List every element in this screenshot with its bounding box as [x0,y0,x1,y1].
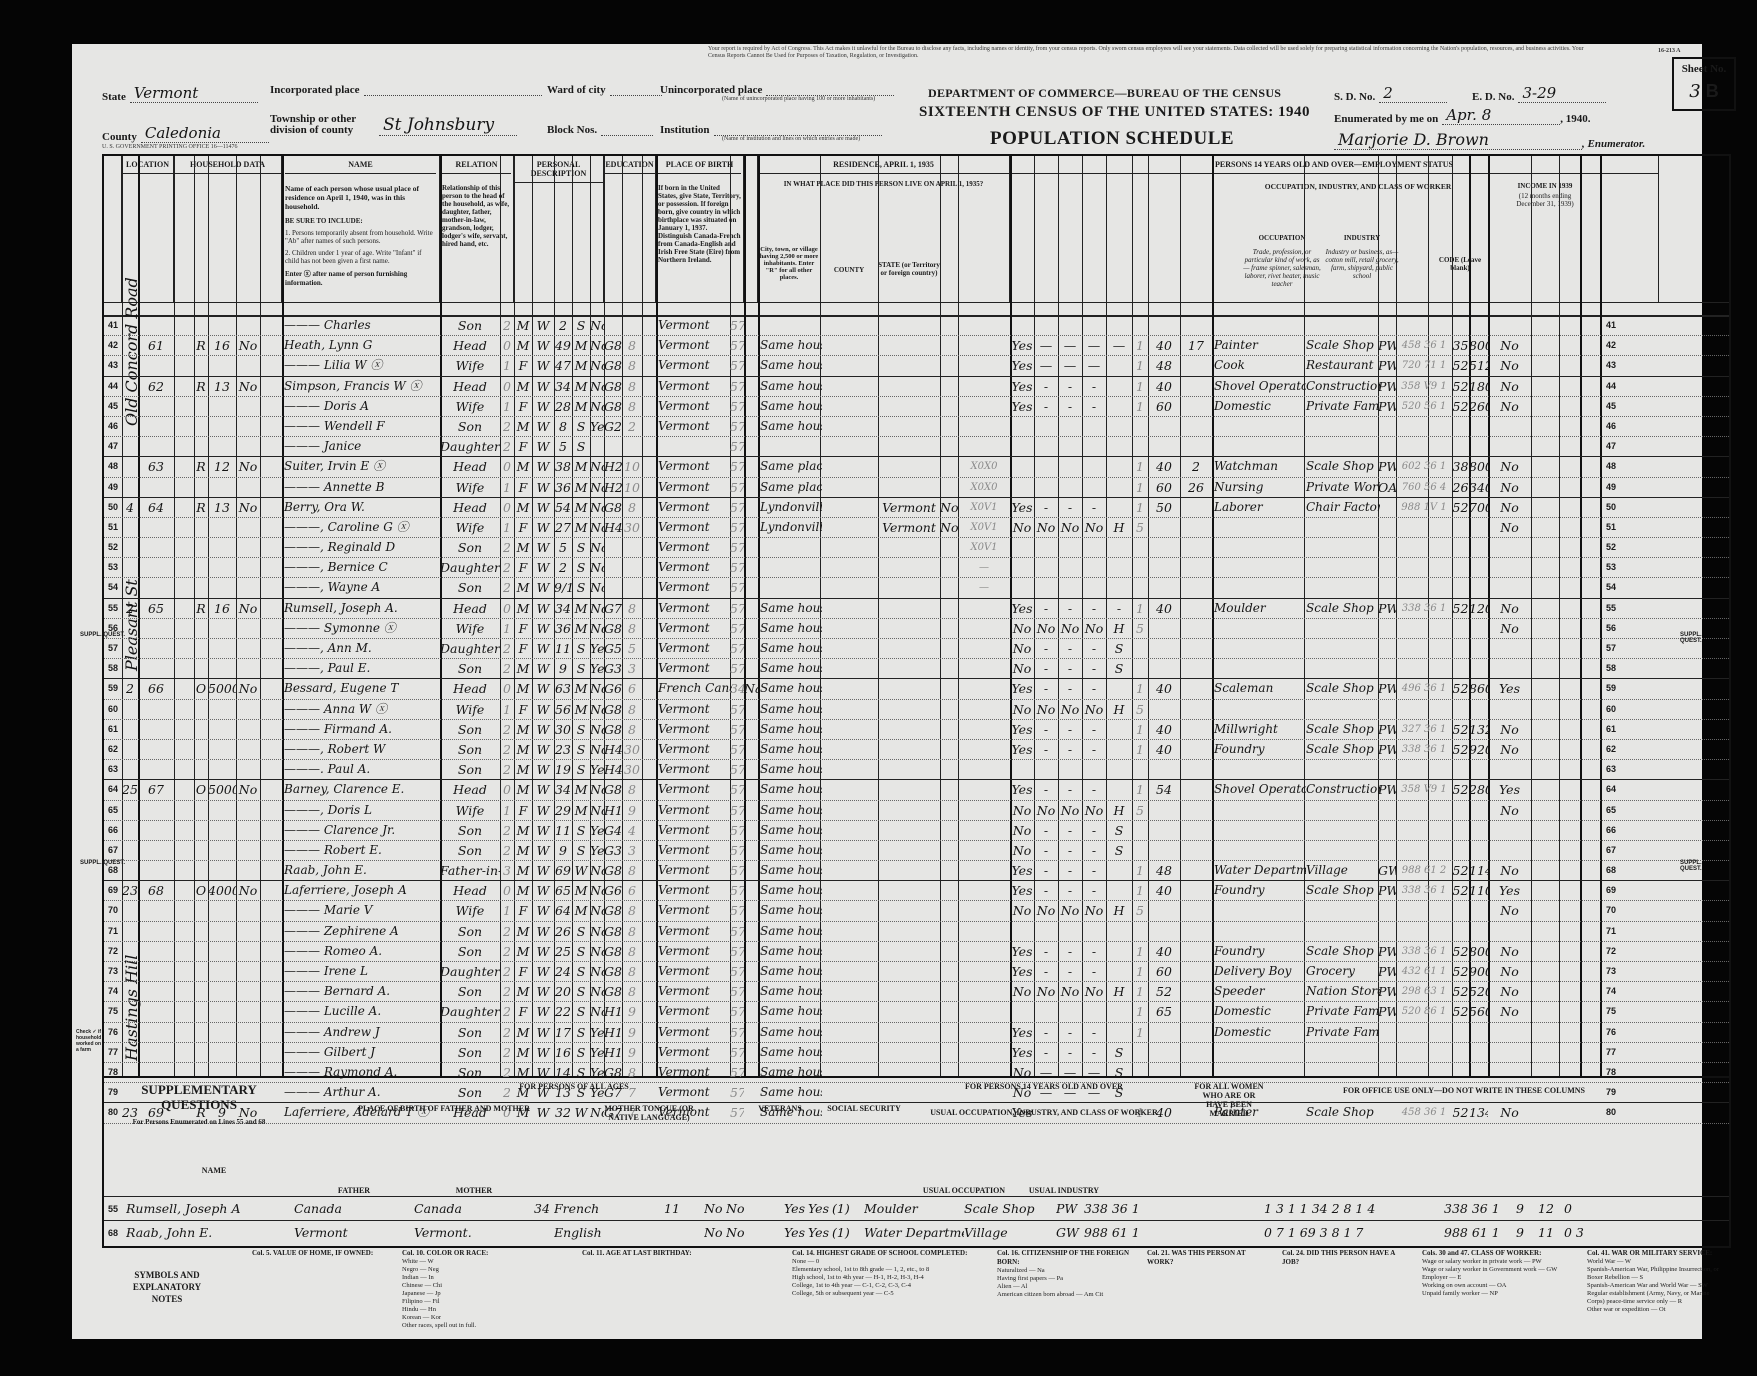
cell-race: W [532,558,554,577]
cell-birth: Vermont [656,356,732,375]
cell-c33 [1488,1043,1531,1062]
cell-c23 [1058,1002,1082,1021]
enumerated-date: Apr. 8 [1442,106,1560,125]
state-value: Vermont [130,84,258,103]
cell-c21 [1010,578,1034,597]
cell-c27 [1180,437,1212,456]
cell-cls [1378,1023,1396,1042]
cell-line-right: 54 [1600,578,1622,597]
cell-house-no [138,316,174,335]
cell-farm35 [940,1043,958,1062]
cell-tenure: O [194,780,208,799]
cell-birth: Vermont [656,1043,732,1062]
cell-d [958,760,1010,779]
cell-age: 11 [554,821,572,840]
cell-line: 44 [104,377,122,396]
cell-res-county [820,538,878,557]
cell-farm [236,1023,260,1042]
cell-c32 [1469,437,1488,456]
cell-birth: Vermont [656,901,732,920]
cell-birth: Vermont [656,417,732,436]
cell-e: 5 [1132,518,1148,537]
cell-c25: S [1106,1043,1132,1062]
cell-c26: 54 [1148,780,1180,799]
cell-grade: G8 [604,922,622,941]
cell-ind: Scale Shop [1304,942,1380,961]
cell-c25 [1106,397,1132,416]
cell-c26: 52 [1148,982,1180,1001]
cell-c27 [1180,962,1212,981]
cell-cls: PW [1378,457,1396,476]
cell-c25: — [1106,336,1132,355]
cell-res-county [820,578,878,597]
cell-age: 69 [554,861,572,880]
cell-line-right: 67 [1600,841,1622,860]
cell-gcode: 9 [622,1043,642,1062]
cell-street: 2 [122,599,138,618]
cell-cit [744,639,758,658]
cell-school: Yes [590,1043,604,1062]
cell-line-right: 72 [1600,942,1622,961]
cell-c24: No [1082,982,1106,1001]
cell-street [122,841,138,860]
state-label: State [102,91,126,103]
cell-sex: F [514,619,532,638]
cell-ind [1304,518,1380,537]
cell-birth: Vermont [656,336,732,355]
cell-name: Suiter, Irvin E ⓧ [282,457,442,476]
cell-value [208,982,236,1001]
cell-c22: - [1034,679,1058,698]
cell-c31 [1452,659,1469,678]
cell-c27 [1180,356,1212,375]
cell-e: 1 [1132,942,1148,961]
cell-name: ———, Robert W [282,740,442,759]
cell-rel: Son [440,841,500,860]
cell-c25 [1106,578,1132,597]
cell-value [208,578,236,597]
cell-res-city [758,558,822,577]
cell-house-no [138,740,174,759]
cell-bcode: 57 [730,457,744,476]
cell-c25 [1106,356,1132,375]
supp-cell-v: 9 [1516,1197,1536,1221]
cell-c24: - [1082,599,1106,618]
cell-fcode [1396,1043,1452,1062]
cell-res-county [820,760,878,779]
cell-c33 [1488,922,1531,941]
cell-line-right: 64 [1600,780,1622,799]
cell-res-county [820,619,878,638]
cell-race: W [532,901,554,920]
supp-cell-c44: (1) [832,1197,856,1221]
col-group-citizenship [744,156,758,302]
block-field: Block Nos. [547,124,653,136]
cell-d [958,356,1010,375]
unincorporated-note: (Name of unincorporated place having 100… [722,96,875,103]
cell-c32: 920 [1469,740,1488,759]
cell-c21: No [1010,700,1034,719]
cell-tenure [194,397,208,416]
cell-school: No [590,982,604,1001]
cell-res-city: Same house [758,336,822,355]
cell-fcode [1396,760,1452,779]
cell-res-county [820,316,878,335]
cell-line: 54 [104,578,122,597]
ward-label: Ward of city [547,84,606,96]
cell-c26: 48 [1148,356,1180,375]
cell-rel: Head [440,881,500,900]
cell-ms: M [572,397,590,416]
cell-c32 [1469,801,1488,820]
cell-c22 [1034,760,1058,779]
cell-res-state [878,760,940,779]
cell-name: Laferriere, Joseph A [282,881,442,900]
cell-c24: - [1082,659,1106,678]
ed-label: E. D. No. [1472,91,1514,103]
cell-res-county [820,942,878,961]
cell-rel: Head [440,377,500,396]
cell-race: W [532,922,554,941]
cell-res-state [878,639,940,658]
cell-c31: 52 [1452,498,1469,517]
cell-ind [1304,700,1380,719]
cell-c31: 26 [1452,478,1469,497]
cell-res-city [758,316,822,335]
cell-sex: F [514,901,532,920]
cell-age: 20 [554,982,572,1001]
cell-c33: No [1488,982,1531,1001]
cell-name: Barney, Clarence E. [282,780,442,799]
cell-birth: Vermont [656,821,732,840]
cell-sex: M [514,720,532,739]
cell-line: 61 [104,720,122,739]
cell-c26 [1148,700,1180,719]
cell-occ [1212,639,1306,658]
cell-ind [1304,841,1380,860]
cell-school: No [590,962,604,981]
cell-school: No [590,599,604,618]
cell-c23: - [1058,962,1082,981]
cell-line-right: 75 [1600,1002,1622,1021]
cell-ind [1304,437,1380,456]
cell-c26 [1148,437,1180,456]
note-item: College, 5th or subsequent year — C-5 [792,1290,972,1298]
cell-cls: PW [1378,982,1396,1001]
cell-res-state [878,780,940,799]
cell-line: 64 [104,780,122,799]
cell-cls [1378,417,1396,436]
cell-ind: Scale Shop [1304,679,1380,698]
table-row: 68Raab, John E.Father-in-law3MW69WNoG88V… [104,861,1729,881]
cell-cls [1378,558,1396,577]
cell-farm [236,639,260,658]
cell-rel: Head [440,599,500,618]
cell-grade [604,538,622,557]
cell-c23: - [1058,639,1082,658]
cell-farm: No [236,679,260,698]
cell-c27 [1180,377,1212,396]
cell-code: 2 [500,1023,514,1042]
cell-fcode [1396,316,1452,335]
suppl-quest-marker: SUPPL. QUEST. [1680,860,1702,872]
note-item: High school, 1st to 4th year — H-1, H-2,… [792,1274,972,1282]
cell-fcode: 988 61 2 [1396,861,1452,880]
cell-farm35 [940,457,958,476]
cell-age: 63 [554,679,572,698]
cell-line: 42 [104,336,122,355]
cell-ms: M [572,801,590,820]
supplementary-questions: SUPPLEMENTARY QUESTIONS For Persons Enum… [102,1076,1731,1248]
cell-c31 [1452,1023,1469,1042]
cell-hh [174,437,194,456]
cell-cls: PW [1378,962,1396,981]
cell-cit [744,942,758,961]
cell-value [208,518,236,537]
cell-name: ———, Doris L [282,801,442,820]
cell-c22 [1034,478,1058,497]
cell-bcode: 57 [730,821,744,840]
cell-ind [1304,1043,1380,1062]
cell-hh [174,316,194,335]
cell-fcode [1396,841,1452,860]
county-label: County [102,131,137,143]
cell-e: 1 [1132,1023,1148,1042]
cell-bcode: 57 [730,801,744,820]
cell-tenure [194,437,208,456]
cell-cls: PW [1378,780,1396,799]
cell-farm [236,760,260,779]
cell-race: W [532,518,554,537]
cell-c32 [1469,1023,1488,1042]
cell-bcode: 57 [730,538,744,557]
cell-race: W [532,397,554,416]
cell-school: Yes [590,841,604,860]
cell-fcode: 760 56 4 [1396,478,1452,497]
cell-line-right: 73 [1600,962,1622,981]
cell-c32 [1469,558,1488,577]
cell-c25 [1106,478,1132,497]
cell-res-state [878,962,940,981]
cell-c33: No [1488,356,1531,375]
cell-ms: S [572,720,590,739]
col-group-employment: PERSONS 14 YEARS OLD AND OVER—EMPLOYMENT… [1010,156,1659,302]
cell-fcode: 358 V9 1 [1396,377,1452,396]
cell-grade: H1 [604,1023,622,1042]
cell-c31 [1452,639,1469,658]
cell-code: 0 [500,336,514,355]
cell-occ [1212,538,1306,557]
cell-res-county [820,962,878,981]
cell-c23: - [1058,740,1082,759]
cell-gcode: 8 [622,356,642,375]
cell-race: W [532,679,554,698]
cell-c21 [1010,922,1034,941]
cell-e: 1 [1132,457,1148,476]
cell-c22: - [1034,1043,1058,1062]
ed-field: E. D. No. 3-29 [1472,84,1606,103]
cell-ind: Scale Shop [1304,720,1380,739]
cell-ms: M [572,619,590,638]
cell-value [208,639,236,658]
cell-farm35 [940,1002,958,1021]
cell-c22: - [1034,1023,1058,1042]
cell-tenure [194,417,208,436]
cell-school: Yes [590,639,604,658]
cell-cls [1378,821,1396,840]
cell-fcode [1396,700,1452,719]
cell-hh [174,457,194,476]
cell-gcode: 3 [622,659,642,678]
cell-grade: G8 [604,336,622,355]
cell-c25 [1106,538,1132,557]
census-sheet: Your report is required by Act of Congre… [72,44,1702,1339]
cell-cls [1378,841,1396,860]
cell-res-city: Same house [758,821,822,840]
cell-grade: G8 [604,498,622,517]
cell-age: 24 [554,962,572,981]
cell-school: Yes [590,760,604,779]
cell-school: No [590,356,604,375]
cell-res-city: Same house [758,599,822,618]
cell-gcode [622,538,642,557]
cell-sex: M [514,821,532,840]
cell-line-right: 77 [1600,1043,1622,1062]
cell-line-right: 70 [1600,901,1622,920]
cell-occ: Domestic [1212,1023,1306,1042]
cell-line-right: 52 [1600,538,1622,557]
cell-gcode [622,316,642,335]
cell-res-county [820,558,878,577]
cell-occ: Laborer [1212,498,1306,517]
cell-tenure [194,478,208,497]
cell-res-state [878,316,940,335]
cell-c33: No [1488,397,1531,416]
cell-line: 65 [104,801,122,820]
cell-res-state [878,942,940,961]
cell-c26 [1148,922,1180,941]
cell-age: 9/12 [554,578,572,597]
cell-e [1132,316,1148,335]
cell-gcode: 8 [622,720,642,739]
cell-birth: Vermont [656,760,732,779]
cell-rel: Son [440,821,500,840]
cell-line: 48 [104,457,122,476]
cell-race: W [532,639,554,658]
cell-line: 47 [104,437,122,456]
cell-farm [236,841,260,860]
cell-line: 76 [104,1023,122,1042]
cell-street [122,397,138,416]
cell-c22: - [1034,962,1058,981]
cell-fcode [1396,801,1452,820]
cell-fcode: 338 36 1 [1396,599,1452,618]
cell-c27 [1180,417,1212,436]
cell-rel: Son [440,740,500,759]
cell-rel: Wife [440,356,500,375]
cell-c24: - [1082,1023,1106,1042]
cell-res-city: Same house [758,861,822,880]
cell-farm [236,397,260,416]
supp-cell-office: 0 7 1 69 3 8 1 7 [1264,1221,1444,1245]
cell-c27 [1180,720,1212,739]
cell-c25: S [1106,659,1132,678]
cell-gcode: 9 [622,1023,642,1042]
cell-value [208,316,236,335]
cell-code: 2 [500,437,514,456]
cell-age: 36 [554,619,572,638]
cell-gcode: 9 [622,801,642,820]
cell-birth: Vermont [656,498,732,517]
cell-c25 [1106,1002,1132,1021]
cell-occ: Shovel Operator [1212,377,1306,396]
cell-name: ——— Doris A [282,397,442,416]
cell-ind: Nation Store [1304,982,1380,1001]
cell-rel: Wife [440,619,500,638]
cell-cit [744,962,758,981]
cell-value [208,417,236,436]
cell-name: Raab, John E. [282,861,442,880]
cell-res-city: Same house [758,801,822,820]
cell-bcode: 57 [730,720,744,739]
cell-c32: 520 [1469,982,1488,1001]
cell-name: Berry, Ora W. [282,498,442,517]
cell-birth: Vermont [656,316,732,335]
cell-line-right: 53 [1600,558,1622,577]
cell-tenure: R [194,457,208,476]
cell-occ [1212,901,1306,920]
cell-occ: Delivery Boy [1212,962,1306,981]
cell-res-state [878,619,940,638]
cell-c31 [1452,760,1469,779]
cell-tenure [194,639,208,658]
cell-d: X0V1 [958,498,1010,517]
cell-cit [744,1043,758,1062]
cell-cls [1378,760,1396,779]
cell-d [958,801,1010,820]
cell-c22: - [1034,397,1058,416]
cell-cit [744,437,758,456]
cell-age: 34 [554,377,572,396]
cell-c33 [1488,558,1531,577]
cell-sex: M [514,417,532,436]
cell-c24: - [1082,942,1106,961]
cell-race: W [532,417,554,436]
cell-code: 2 [500,841,514,860]
cell-value [208,478,236,497]
cell-c33: No [1488,1002,1531,1021]
cell-street [122,740,138,759]
cell-cit [744,780,758,799]
cell-cls: PW [1378,336,1396,355]
cell-age: 27 [554,518,572,537]
cell-res-city [758,578,822,597]
cell-school: No [590,861,604,880]
cell-name: ———, Reginald D [282,538,442,557]
cell-res-city: Same house [758,639,822,658]
cell-c25: H [1106,801,1132,820]
cell-birth: Vermont [656,780,732,799]
cell-e: 5 [1132,619,1148,638]
cell-ms: M [572,336,590,355]
cell-bcode: 57 [730,861,744,880]
cell-hh [174,478,194,497]
note-item: Negro — Neg [402,1266,552,1274]
cell-gcode: 8 [622,700,642,719]
cell-bcode: 57 [730,780,744,799]
cell-name: ——— Zephirene A [282,922,442,941]
cell-c32: 1320 [1469,720,1488,739]
